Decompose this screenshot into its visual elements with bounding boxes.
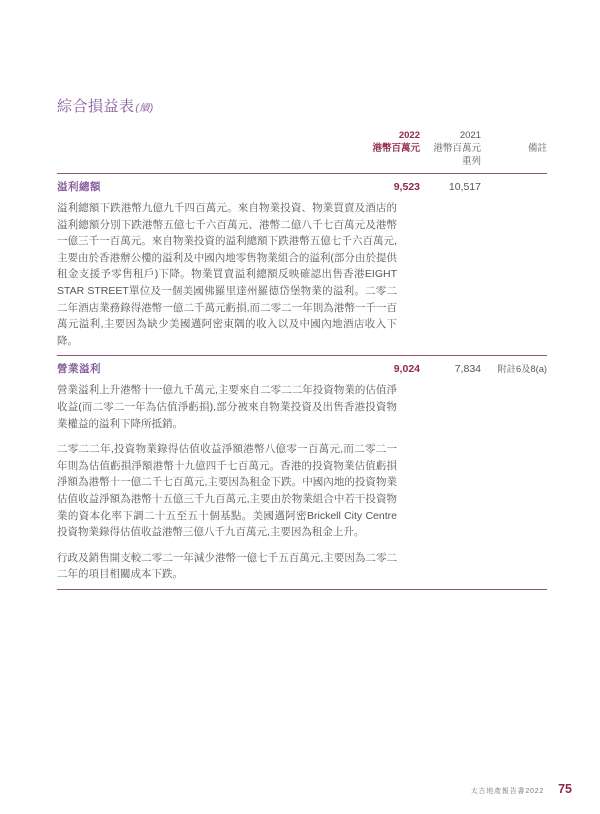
column-header-2021: 2021 港幣百萬元 重列 <box>420 129 481 168</box>
commentary-paragraph: 營業溢利上升港幣十一億九千萬元,主要來自二零二二年投資物業的估值淨收益(而二零二… <box>57 382 397 432</box>
column-header-2022-year: 2022 <box>344 129 420 142</box>
commentary-paragraph: 行政及銷售開支較二零二一年減少港幣一億七千五百萬元,主要因為二零二二年的項目相關… <box>57 550 397 583</box>
bottom-divider <box>57 589 547 590</box>
commentary-paragraph: 溢利總額下跌港幣九億九千四百萬元。來自物業投資、物業買賣及酒店的溢利總額分別下跌… <box>57 200 397 349</box>
page-title: 綜合損益表(續) <box>57 95 547 116</box>
table-row: 營業溢利 9,024 7,834 附註6及8(a) <box>57 356 547 376</box>
report-name: 太古地產報告書2022 <box>471 786 544 796</box>
row-note: 附註6及8(a) <box>481 363 547 376</box>
column-header-2022-unit: 港幣百萬元 <box>344 142 420 155</box>
column-header-2022: 2022 港幣百萬元 <box>344 129 420 168</box>
row-label: 營業溢利 <box>57 363 344 376</box>
page-title-text: 綜合損益表 <box>57 98 135 115</box>
column-header-notes: 備註 <box>481 129 547 168</box>
section-total-profit: 溢利總額 9,523 10,517 溢利總額下跌港幣九億九千四百萬元。來自物業投… <box>57 174 547 349</box>
row-label: 溢利總額 <box>57 181 344 194</box>
page-footer: 太古地產報告書2022 75 <box>471 782 572 796</box>
row-value-2022: 9,024 <box>344 363 420 376</box>
row-value-2021: 7,834 <box>420 363 481 376</box>
page-title-continued-suffix: (續) <box>136 103 154 114</box>
table-row: 溢利總額 9,523 10,517 <box>57 174 547 194</box>
report-page: 綜合損益表(續) 2022 港幣百萬元 2021 港幣百萬元 重列 備註 溢利總… <box>0 0 600 814</box>
section-operating-profit: 營業溢利 9,024 7,834 附註6及8(a) 營業溢利上升港幣十一億九千萬… <box>57 356 547 583</box>
column-header-2021-unit: 港幣百萬元 <box>420 142 481 155</box>
column-header-2021-restated: 重列 <box>420 155 481 168</box>
table-column-headers: 2022 港幣百萬元 2021 港幣百萬元 重列 備註 <box>57 129 547 168</box>
column-header-2021-year: 2021 <box>420 129 481 142</box>
commentary-paragraph: 二零二二年,投資物業錄得估值收益淨額港幣八億零一百萬元,而二零二一年則為估值虧損… <box>57 441 397 541</box>
page-number: 75 <box>558 782 572 796</box>
label-column-header <box>57 129 344 168</box>
row-value-2021: 10,517 <box>420 181 481 194</box>
page-content: 綜合損益表(續) 2022 港幣百萬元 2021 港幣百萬元 重列 備註 溢利總… <box>57 0 547 590</box>
row-value-2022: 9,523 <box>344 181 420 194</box>
